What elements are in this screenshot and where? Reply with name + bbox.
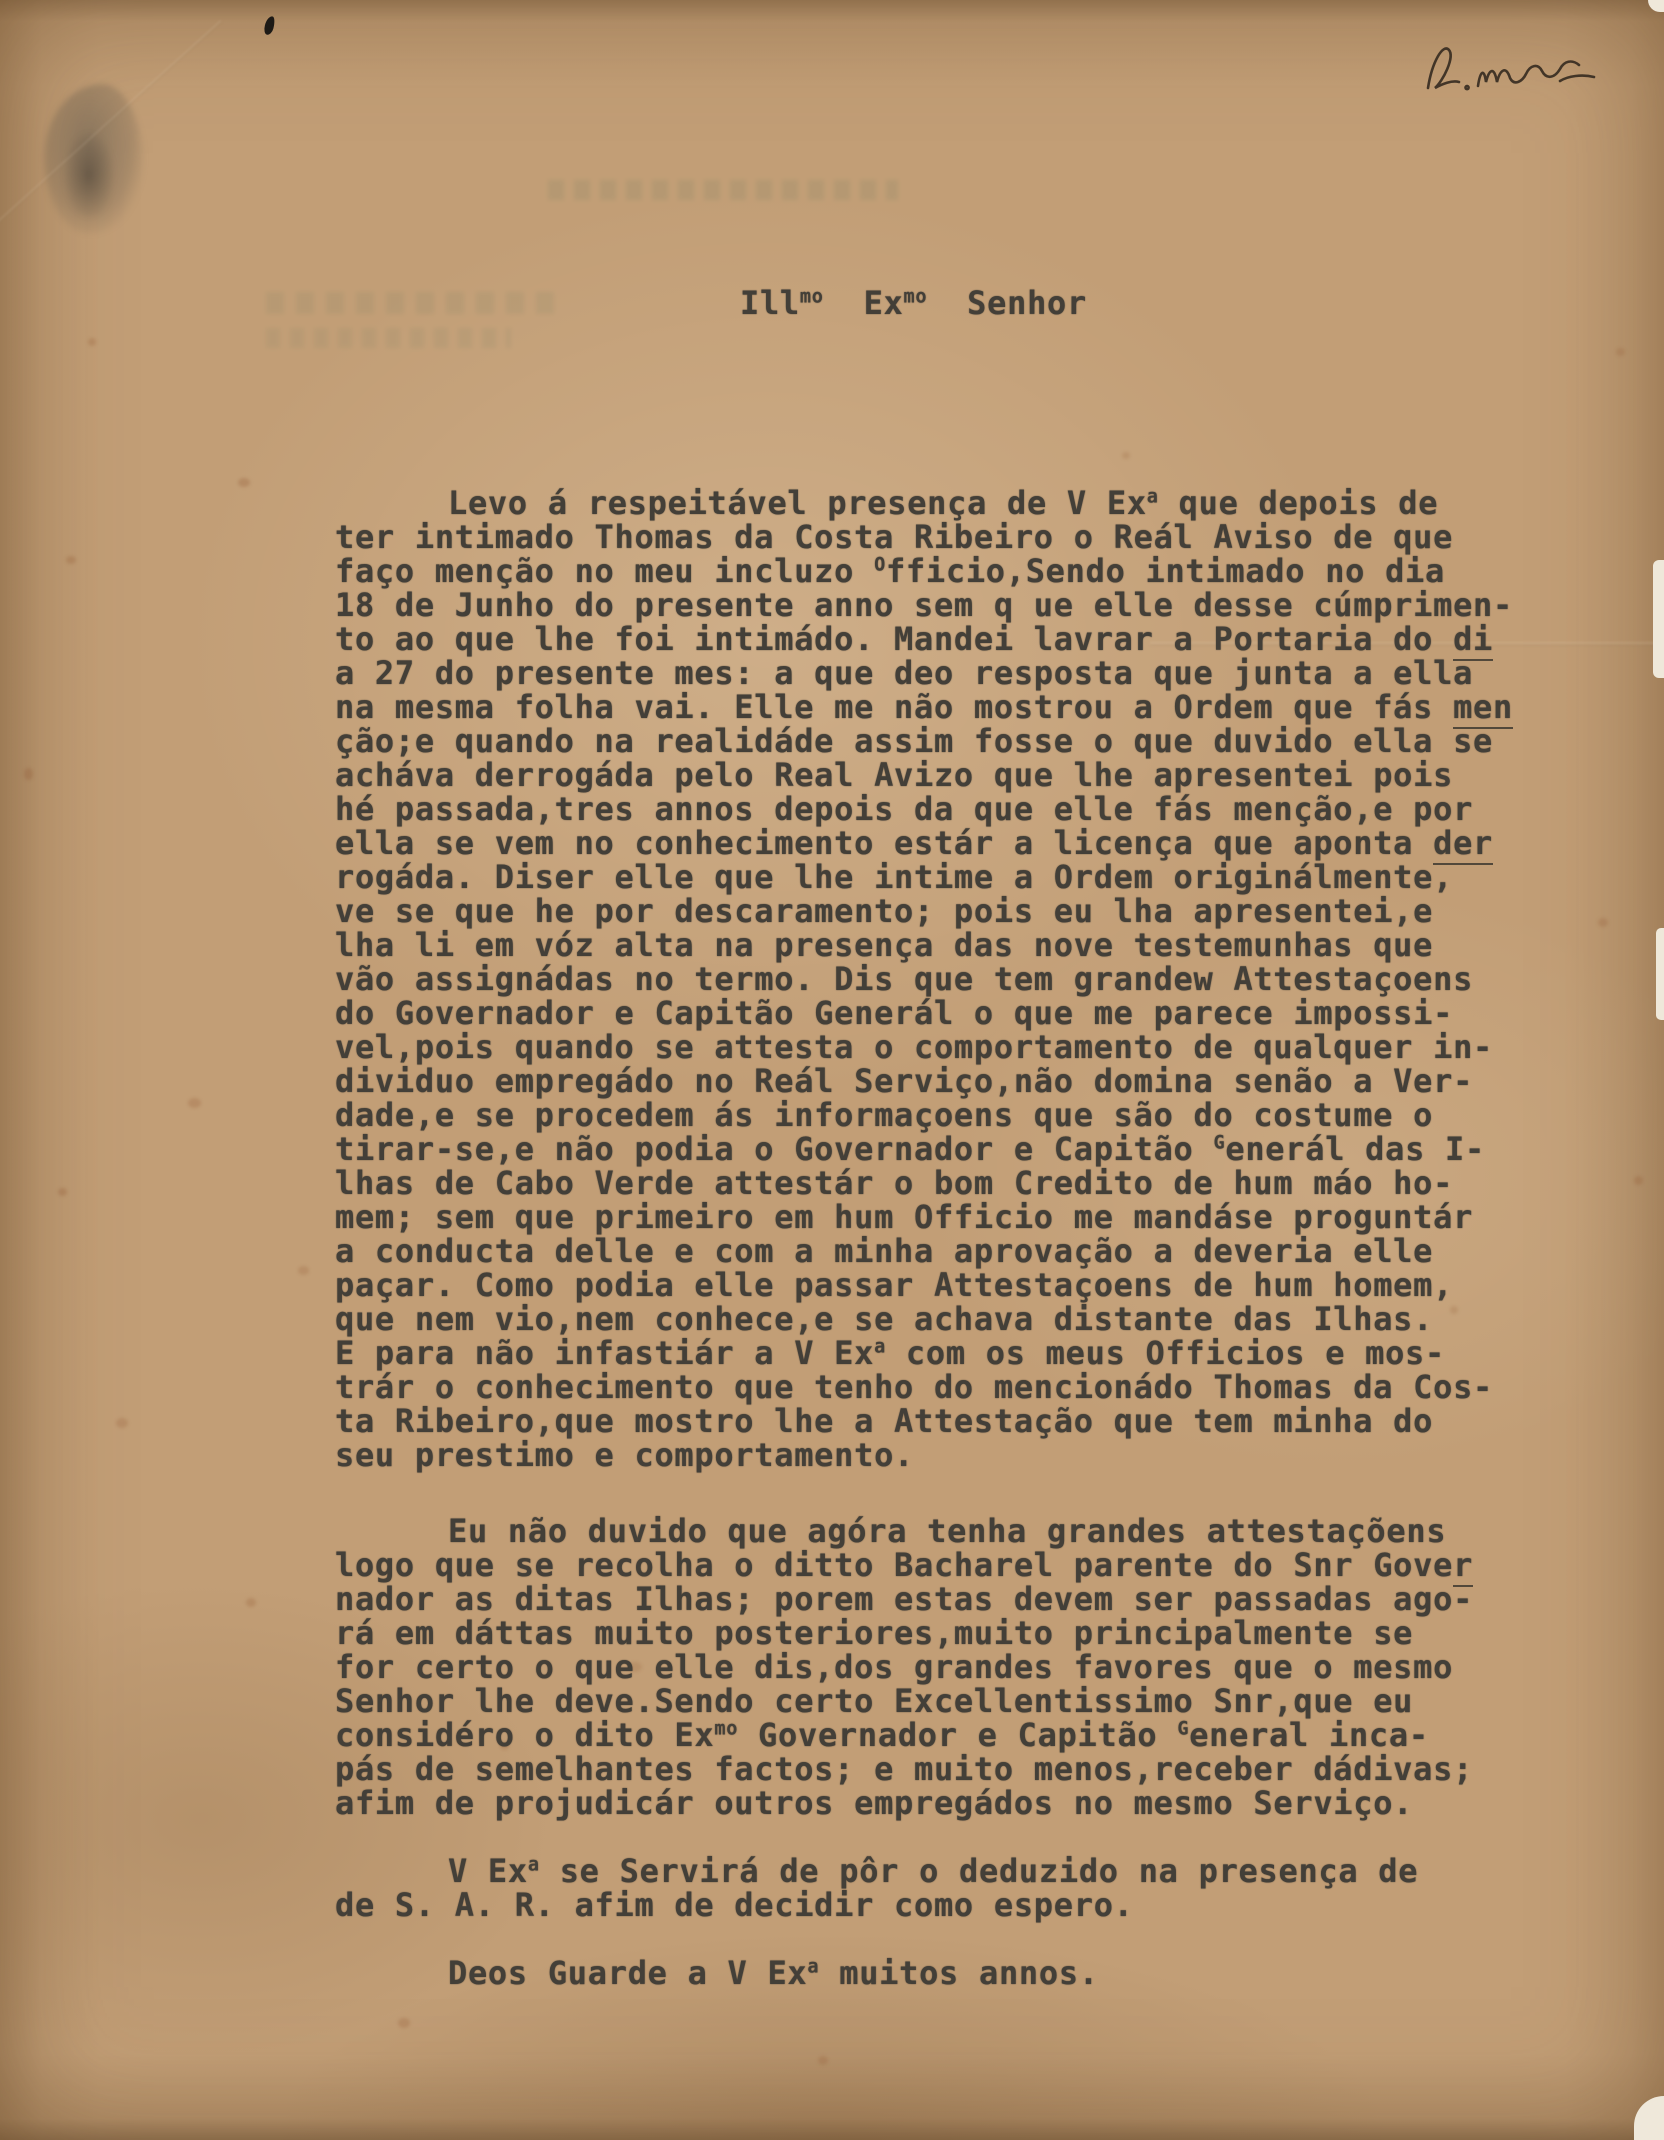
paper-crease: [0, 20, 222, 223]
letter-line: a conducta delle e com a minha aprovação…: [335, 1234, 1635, 1268]
letter-line: na mesma folha vai. Elle me não mostrou …: [335, 690, 1635, 724]
letter-line: ta Ribeiro,que mostro lhe a Attestação q…: [335, 1404, 1635, 1438]
letter-line: trár o conhecimento que tenho do mencion…: [335, 1370, 1635, 1404]
foxing-spot: [24, 768, 33, 780]
letter-line: acháva derrogáda pelo Real Avizo que lhe…: [335, 758, 1635, 792]
letter-line: for certo o que elle dis,dos grandes fav…: [335, 1650, 1635, 1684]
letter-body: Levo á respeitável presença de V Exa que…: [335, 486, 1635, 1990]
letter-paragraph: V Exa se Servirá de pôr o deduzido na pr…: [335, 1854, 1635, 1922]
letter-line: vel,pois quando se attesta o comportamen…: [335, 1030, 1635, 1064]
foxing-spot: [1634, 1176, 1643, 1185]
foxing-spot: [88, 338, 96, 346]
letter-line: tirar-se,e não podia o Governador e Capi…: [335, 1132, 1635, 1166]
letter-line: do Governador e Capitão Generál o que me…: [335, 996, 1635, 1030]
letter-line: paçar. Como podia elle passar Attestaçoe…: [335, 1268, 1635, 1302]
letter-line: seu prestimo e comportamento.: [335, 1438, 1635, 1472]
scan-edge: [1656, 928, 1664, 1020]
letter-line: ção;e quando na realidáde assim fosse o …: [335, 724, 1635, 758]
letter-line: faço menção no meu incluzo Officio,Sendo…: [335, 554, 1635, 588]
letter-line: Senhor lhe deve.Sendo certo Excellentiss…: [335, 1684, 1635, 1718]
letter-line: dade,e se procedem ás informaçoens que s…: [335, 1098, 1635, 1132]
letter-line: nador as ditas Ilhas; porem estas devem …: [335, 1582, 1635, 1616]
letter-line: V Exa se Servirá de pôr o deduzido na pr…: [335, 1854, 1635, 1888]
scan-edge: [1634, 2096, 1664, 2140]
foxing-spot: [188, 1098, 201, 1108]
letter-line: ella se vem no conhecimento estár a lice…: [335, 826, 1635, 860]
letter-line: lhas de Cabo Verde attestár o bom Credit…: [335, 1166, 1635, 1200]
stain: [44, 84, 144, 234]
letter-line: E para não infastiár a V Exa com os meus…: [335, 1336, 1635, 1370]
letter-line: rá em dáttas muito posteriores,muito pri…: [335, 1616, 1635, 1650]
foxing-spot: [246, 1598, 256, 1607]
letter-paragraph: Levo á respeitável presença de V Exa que…: [335, 486, 1635, 1472]
letter-line: Levo á respeitável presença de V Exa que…: [335, 486, 1635, 520]
foxing-spot: [66, 556, 76, 564]
letter-line: que nem vio,nem conhece,e se achava dist…: [335, 1302, 1635, 1336]
foxing-spot: [1122, 452, 1130, 459]
letter-line: rogáda. Diser elle que lhe intime a Orde…: [335, 860, 1635, 894]
bleed-through-mark: [266, 328, 511, 348]
scan-edge: [1653, 560, 1664, 678]
foxing-spot: [1616, 348, 1625, 356]
foxing-spot: [398, 2018, 410, 2028]
letter-line: mem; sem que primeiro em hum Officio me …: [335, 1200, 1635, 1234]
letter-line: de S. A. R. afim de decidir como espero.: [335, 1888, 1635, 1922]
ink-blot: [263, 15, 276, 36]
letter-line: vão assignádas no termo. Dis que tem gra…: [335, 962, 1635, 996]
handwritten-annotation: [1412, 34, 1612, 108]
letter-line: dividuo empregádo no Reál Serviço,não do…: [335, 1064, 1635, 1098]
foxing-spot: [116, 1418, 128, 1428]
stain: [62, 130, 116, 220]
salutation-line: Illmo Exmo Senhor: [740, 286, 1087, 320]
foxing-spot: [58, 1188, 67, 1196]
letter-line: hé passada,tres annos depois da que elle…: [335, 792, 1635, 826]
letter-line: Deos Guarde a V Exa muitos annos.: [335, 1956, 1635, 1990]
letter-line: pás de semelhantes factos; e muito menos…: [335, 1752, 1635, 1786]
foxing-spot: [818, 2056, 828, 2065]
letter-paragraph: Deos Guarde a V Exa muitos annos.: [335, 1956, 1635, 1990]
bleed-through-mark: [266, 292, 556, 314]
letter-line: ve se que he por descaramento; pois eu l…: [335, 894, 1635, 928]
letter-page: Illmo Exmo Senhor Levo á respeitável pre…: [0, 0, 1664, 2140]
letter-line: ter intimado Thomas da Costa Ribeiro o R…: [335, 520, 1635, 554]
letter-line: a 27 do presente mes: a que deo resposta…: [335, 656, 1635, 690]
letter-line: lha li em vóz alta na presença das nove …: [335, 928, 1635, 962]
letter-line: logo que se recolha o ditto Bacharel par…: [335, 1548, 1635, 1582]
scan-edge: [1648, 0, 1664, 12]
letter-line: considéro o dito Exmo Governador e Capit…: [335, 1718, 1635, 1752]
bleed-through-mark: [548, 180, 898, 200]
letter-line: 18 de Junho do presente anno sem q ue el…: [335, 588, 1635, 622]
letter-paragraph: Eu não duvido que agóra tenha grandes at…: [335, 1514, 1635, 1820]
letter-line: afim de projudicár outros empregádos no …: [335, 1786, 1635, 1820]
foxing-spot: [298, 1266, 309, 1275]
letter-line: to ao que lhe foi intimádo. Mandei lavra…: [335, 622, 1635, 656]
letter-line: Eu não duvido que agóra tenha grandes at…: [335, 1514, 1635, 1548]
foxing-spot: [238, 478, 250, 487]
